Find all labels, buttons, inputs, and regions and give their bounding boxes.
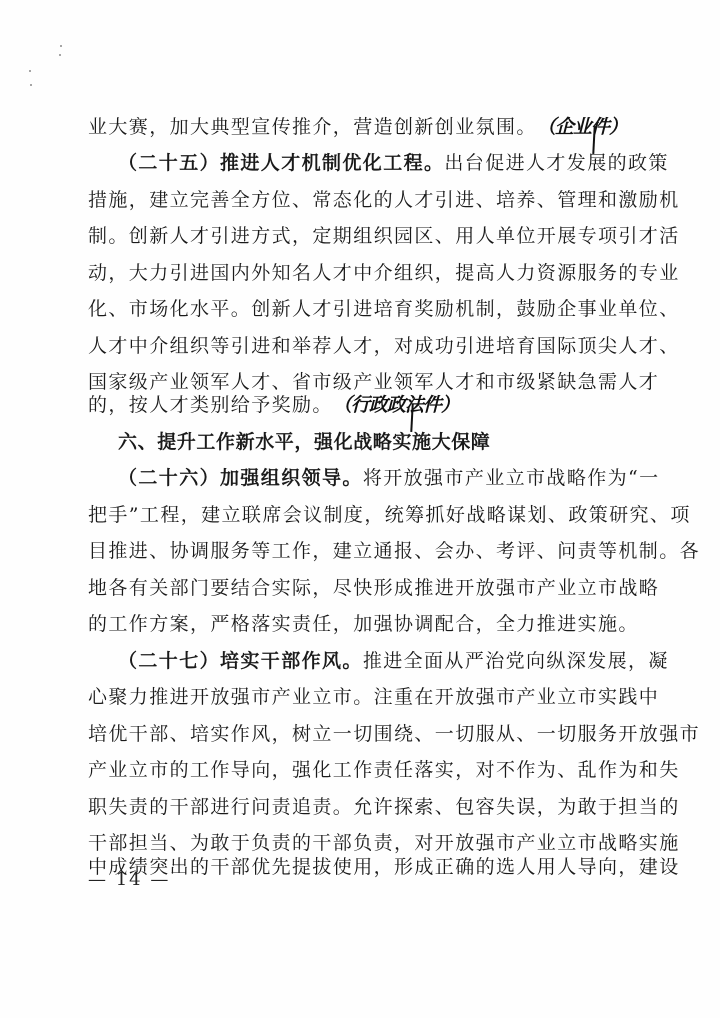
section-lead-26: （二十六）加强组织领导。: [118, 467, 363, 489]
body-text: 动，大力引进国内外知名人才中介组织，提高人力资源服务的专业: [88, 262, 680, 284]
paragraph-start-26: （二十六）加强组织领导。将开放强市产业立市战略作为“一: [118, 463, 620, 493]
body-line: 的工作方案，严格落实责任，加强协调配合，全力推进实施。: [88, 609, 620, 639]
body-text: 把手”工程，建立联席会议制度，统筹抓好战略谋划、政策研究、项: [88, 504, 691, 526]
body-line: 动，大力引进国内外知名人才中介组织，提高人力资源服务的专业: [88, 258, 620, 288]
body-text: 人才中介组织等引进和举荐人才，对成功引进培育国际顶尖人才、: [88, 335, 680, 357]
page-number: — 14 —: [88, 868, 170, 892]
section-lead-27: （二十七）培实干部作风。: [118, 650, 363, 672]
handwritten-annotation: （企业件）: [537, 112, 627, 142]
scan-speck: [60, 45, 62, 47]
body-text: 中成绩突出的干部优先提拔使用，形成正确的选人用人导向，建设: [88, 856, 680, 878]
scan-speck: [29, 70, 31, 72]
body-text: 地各有关部门要结合实际，尽快形成推进开放强市产业立市战略: [88, 577, 659, 599]
body-line: 地各有关部门要结合实际，尽快形成推进开放强市产业立市战略: [88, 573, 620, 603]
body-text: 培优干部、培实作风，树立一切围绕、一切服从、一切服务开放强市: [88, 723, 700, 745]
body-line: 化、市场化水平。创新人才引进培育奖励机制，鼓励企事业单位、: [88, 294, 620, 324]
body-line: 人才中介组织等引进和举荐人才，对成功引进培育国际顶尖人才、: [88, 331, 620, 361]
body-line: 把手”工程，建立联席会议制度，统筹抓好战略谋划、政策研究、项: [88, 500, 620, 530]
paragraph-start-27: （二十七）培实干部作风。推进全面从严治党向纵深发展，凝: [118, 646, 620, 676]
body-text: 业大赛，加大典型宣传推介，营造创新创业氛围。: [88, 116, 537, 138]
body-line: 目推进、协调服务等工作，建立通报、会办、考评、问责等机制。各: [88, 536, 620, 566]
section-lead-25: （二十五）推进人才机制优化工程。: [118, 152, 444, 174]
body-text: 措施，建立完善全方位、常态化的人才引进、培养、管理和激励机: [88, 189, 680, 211]
body-text: 的工作方案，严格落实责任，加强协调配合，全力推进实施。: [88, 613, 639, 635]
body-text: 职失责的干部进行问责追责。允许探索、包容失误，为敢于担当的: [88, 796, 680, 818]
body-text: 产业立市的工作导向，强化工作责任落实，对不作为、乱作为和失: [88, 759, 680, 781]
body-text: 心聚力推进开放强市产业立市。注重在开放强市产业立市实践中: [88, 686, 659, 708]
body-text: 的，按人才类别给予奖励。: [88, 394, 333, 416]
body-line: 培优干部、培实作风，树立一切围绕、一切服从、一切服务开放强市: [88, 719, 620, 749]
body-line: 产业立市的工作导向，强化工作责任落实，对不作为、乱作为和失: [88, 755, 620, 785]
body-line: 职失责的干部进行问责追责。允许探索、包容失误，为敢于担当的: [88, 792, 620, 822]
body-line: 制。创新人才引进方式，定期组织园区、用人单位开展专项引才活: [88, 221, 620, 251]
body-text: 出台促进人才发展的政策: [444, 152, 668, 174]
body-text: 目推进、协调服务等工作，建立通报、会办、考评、问责等机制。各: [88, 540, 700, 562]
body-text: 将开放强市产业立市战略作为“一: [363, 467, 660, 489]
body-text: 干部担当、为敢于负责的干部负责，对开放强市产业立市战略实施: [88, 832, 680, 854]
body-line: 的，按人才类别给予奖励。（行政政法件）: [88, 390, 620, 420]
body-line: 业大赛，加大典型宣传推介，营造创新创业氛围。（企业件）: [88, 112, 620, 142]
handwritten-annotation: （行政政法件）: [333, 390, 459, 420]
body-text: 推进全面从严治党向纵深发展，凝: [363, 650, 669, 672]
body-line: 措施，建立完善全方位、常态化的人才引进、培养、管理和激励机: [88, 185, 620, 215]
body-text: 制。创新人才引进方式，定期组织园区、用人单位开展专项引才活: [88, 225, 680, 247]
section-heading-6: 六、提升工作新水平，强化战略实施大保障: [118, 427, 620, 457]
document-page: 业大赛，加大典型宣传推介，营造创新创业氛围。（企业件） （二十五）推进人才机制优…: [0, 0, 720, 1018]
paragraph-start-25: （二十五）推进人才机制优化工程。出台促进人才发展的政策: [118, 148, 620, 178]
body-line: 心聚力推进开放强市产业立市。注重在开放强市产业立市实践中: [88, 682, 620, 712]
heading-text: 六、提升工作新水平，强化战略实施大保障: [118, 431, 490, 453]
scan-speck: [59, 54, 61, 56]
body-text: 化、市场化水平。创新人才引进培育奖励机制，鼓励企事业单位、: [88, 298, 680, 320]
scan-speck: [30, 84, 32, 86]
